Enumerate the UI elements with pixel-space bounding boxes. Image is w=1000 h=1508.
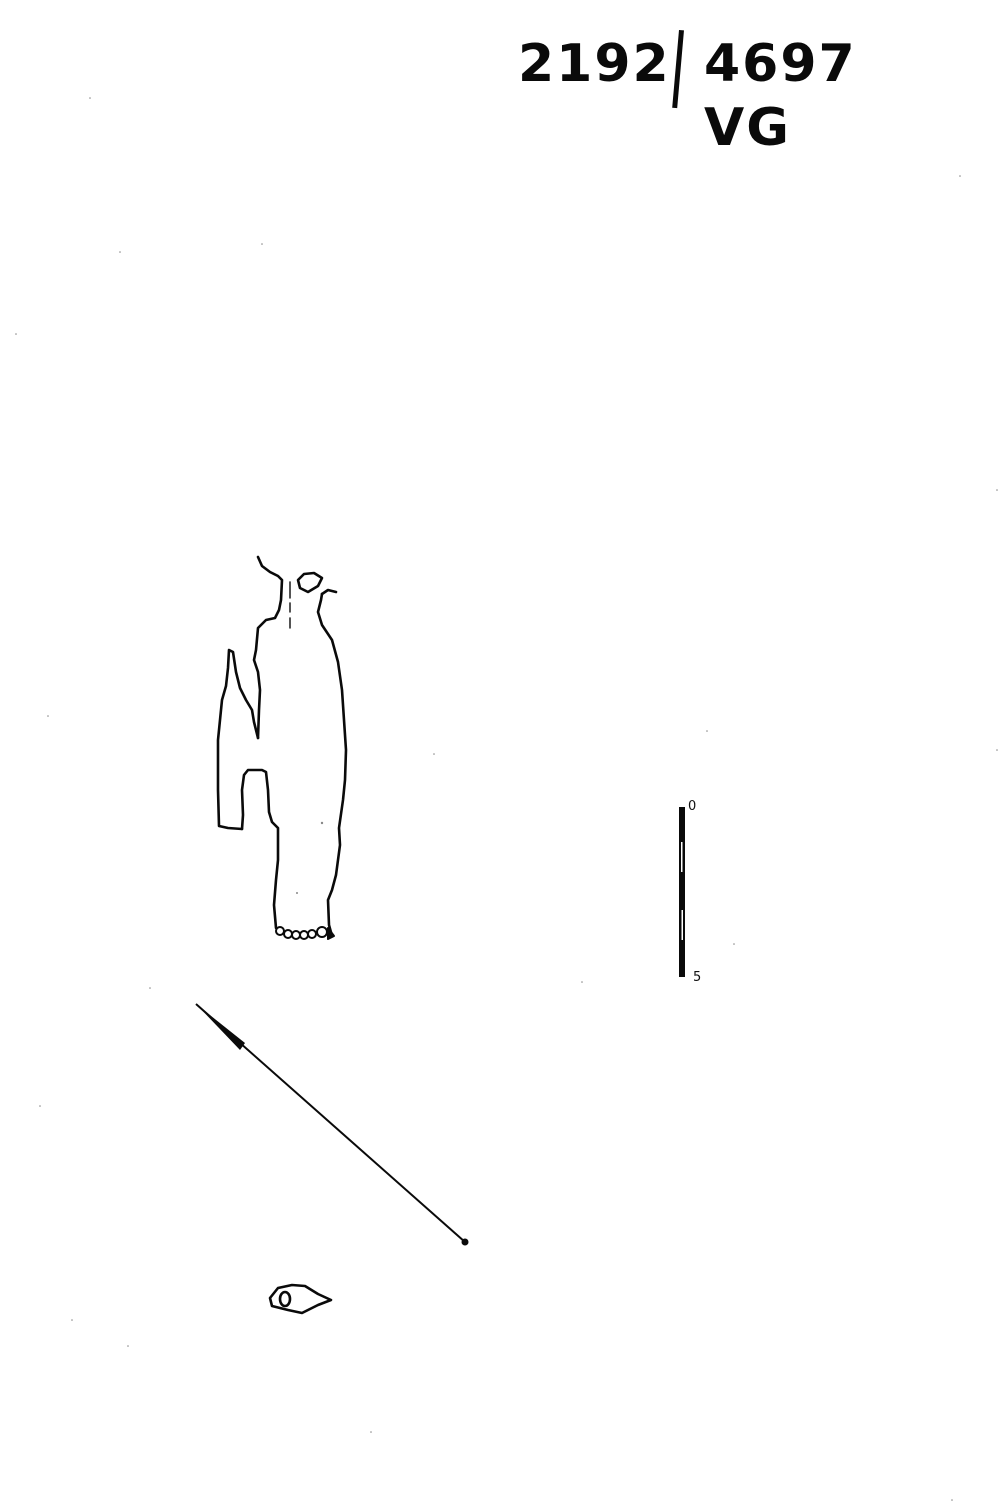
scale-label-end: 5 bbox=[693, 970, 701, 985]
scale-bar bbox=[679, 807, 685, 977]
eye-icon bbox=[270, 1285, 331, 1313]
drawing-sheet: 2192 4697 VG bbox=[0, 0, 1000, 1508]
survey-drawing bbox=[0, 0, 1000, 1508]
north-arrow-icon bbox=[196, 1004, 469, 1246]
scan-speckles bbox=[15, 97, 998, 1501]
scale-label-start: 0 bbox=[688, 799, 696, 814]
cave-outline bbox=[218, 557, 346, 939]
